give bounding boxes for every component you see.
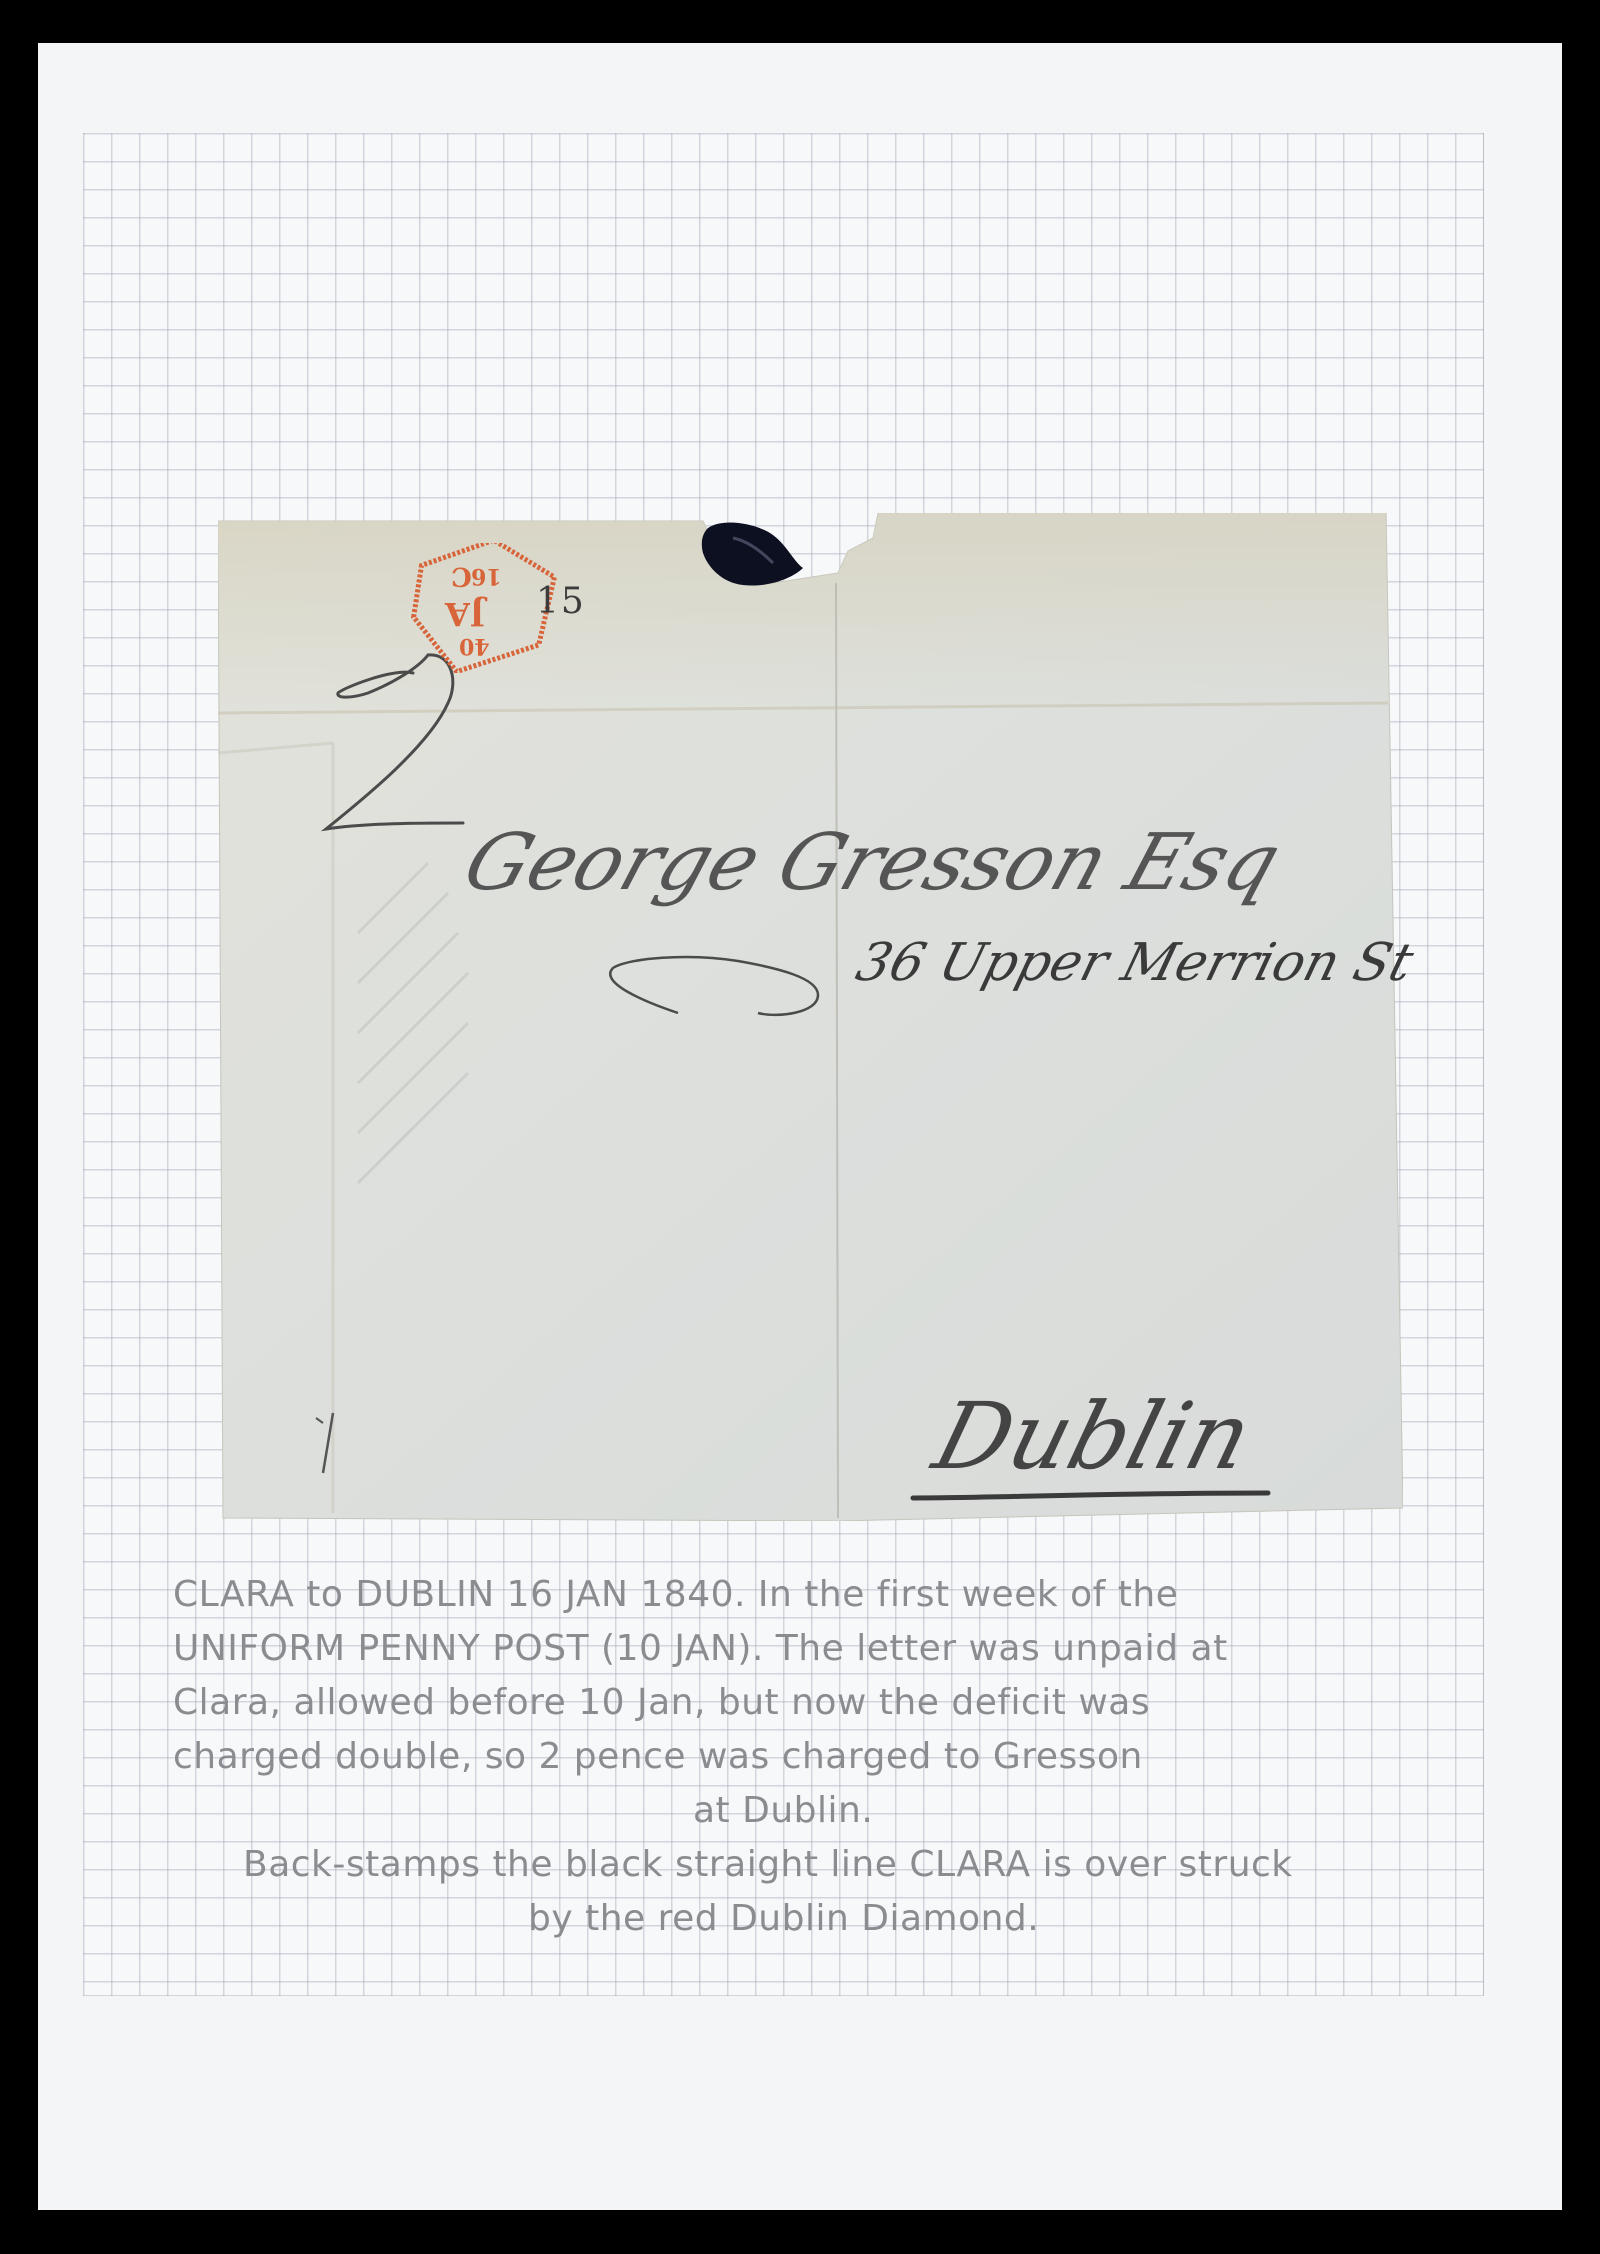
caption-line-6: Back-stamps the black straight line CLAR… <box>173 1838 1473 1892</box>
address-city: Dublin <box>924 1383 1263 1490</box>
caption-line-2: UNIFORM PENNY POST (10 JAN). The letter … <box>173 1622 1473 1676</box>
postmark-day: 16 <box>471 563 502 589</box>
album-annotation: CLARA to DUBLIN 16 JAN 1840. In the firs… <box>173 1568 1473 1946</box>
postal-cover: C 16 JA 40 15 George Gresson Esq 36 Uppe… <box>218 513 1403 1521</box>
caption-line-4: charged double, so 2 pence was charged t… <box>173 1730 1473 1784</box>
caption-line-3: Clara, allowed before 10 Jan, but now th… <box>173 1676 1473 1730</box>
address-street: 36 Upper Merrion St <box>850 933 1420 993</box>
caption-line-1: CLARA to DUBLIN 16 JAN 1840. In the firs… <box>173 1568 1473 1622</box>
album-page: C 16 JA 40 15 George Gresson Esq 36 Uppe… <box>38 43 1562 2210</box>
address-name: George Gresson Esq <box>453 818 1291 908</box>
postmark-letter: C <box>451 561 472 591</box>
black-straight-line-postmark: 15 <box>536 581 586 622</box>
postmark-month: JA <box>445 595 485 633</box>
caption-line-7: by the red Dublin Diamond. <box>173 1892 1473 1946</box>
caption-line-5: at Dublin. <box>173 1784 1473 1838</box>
postmark-year: 40 <box>459 633 490 659</box>
